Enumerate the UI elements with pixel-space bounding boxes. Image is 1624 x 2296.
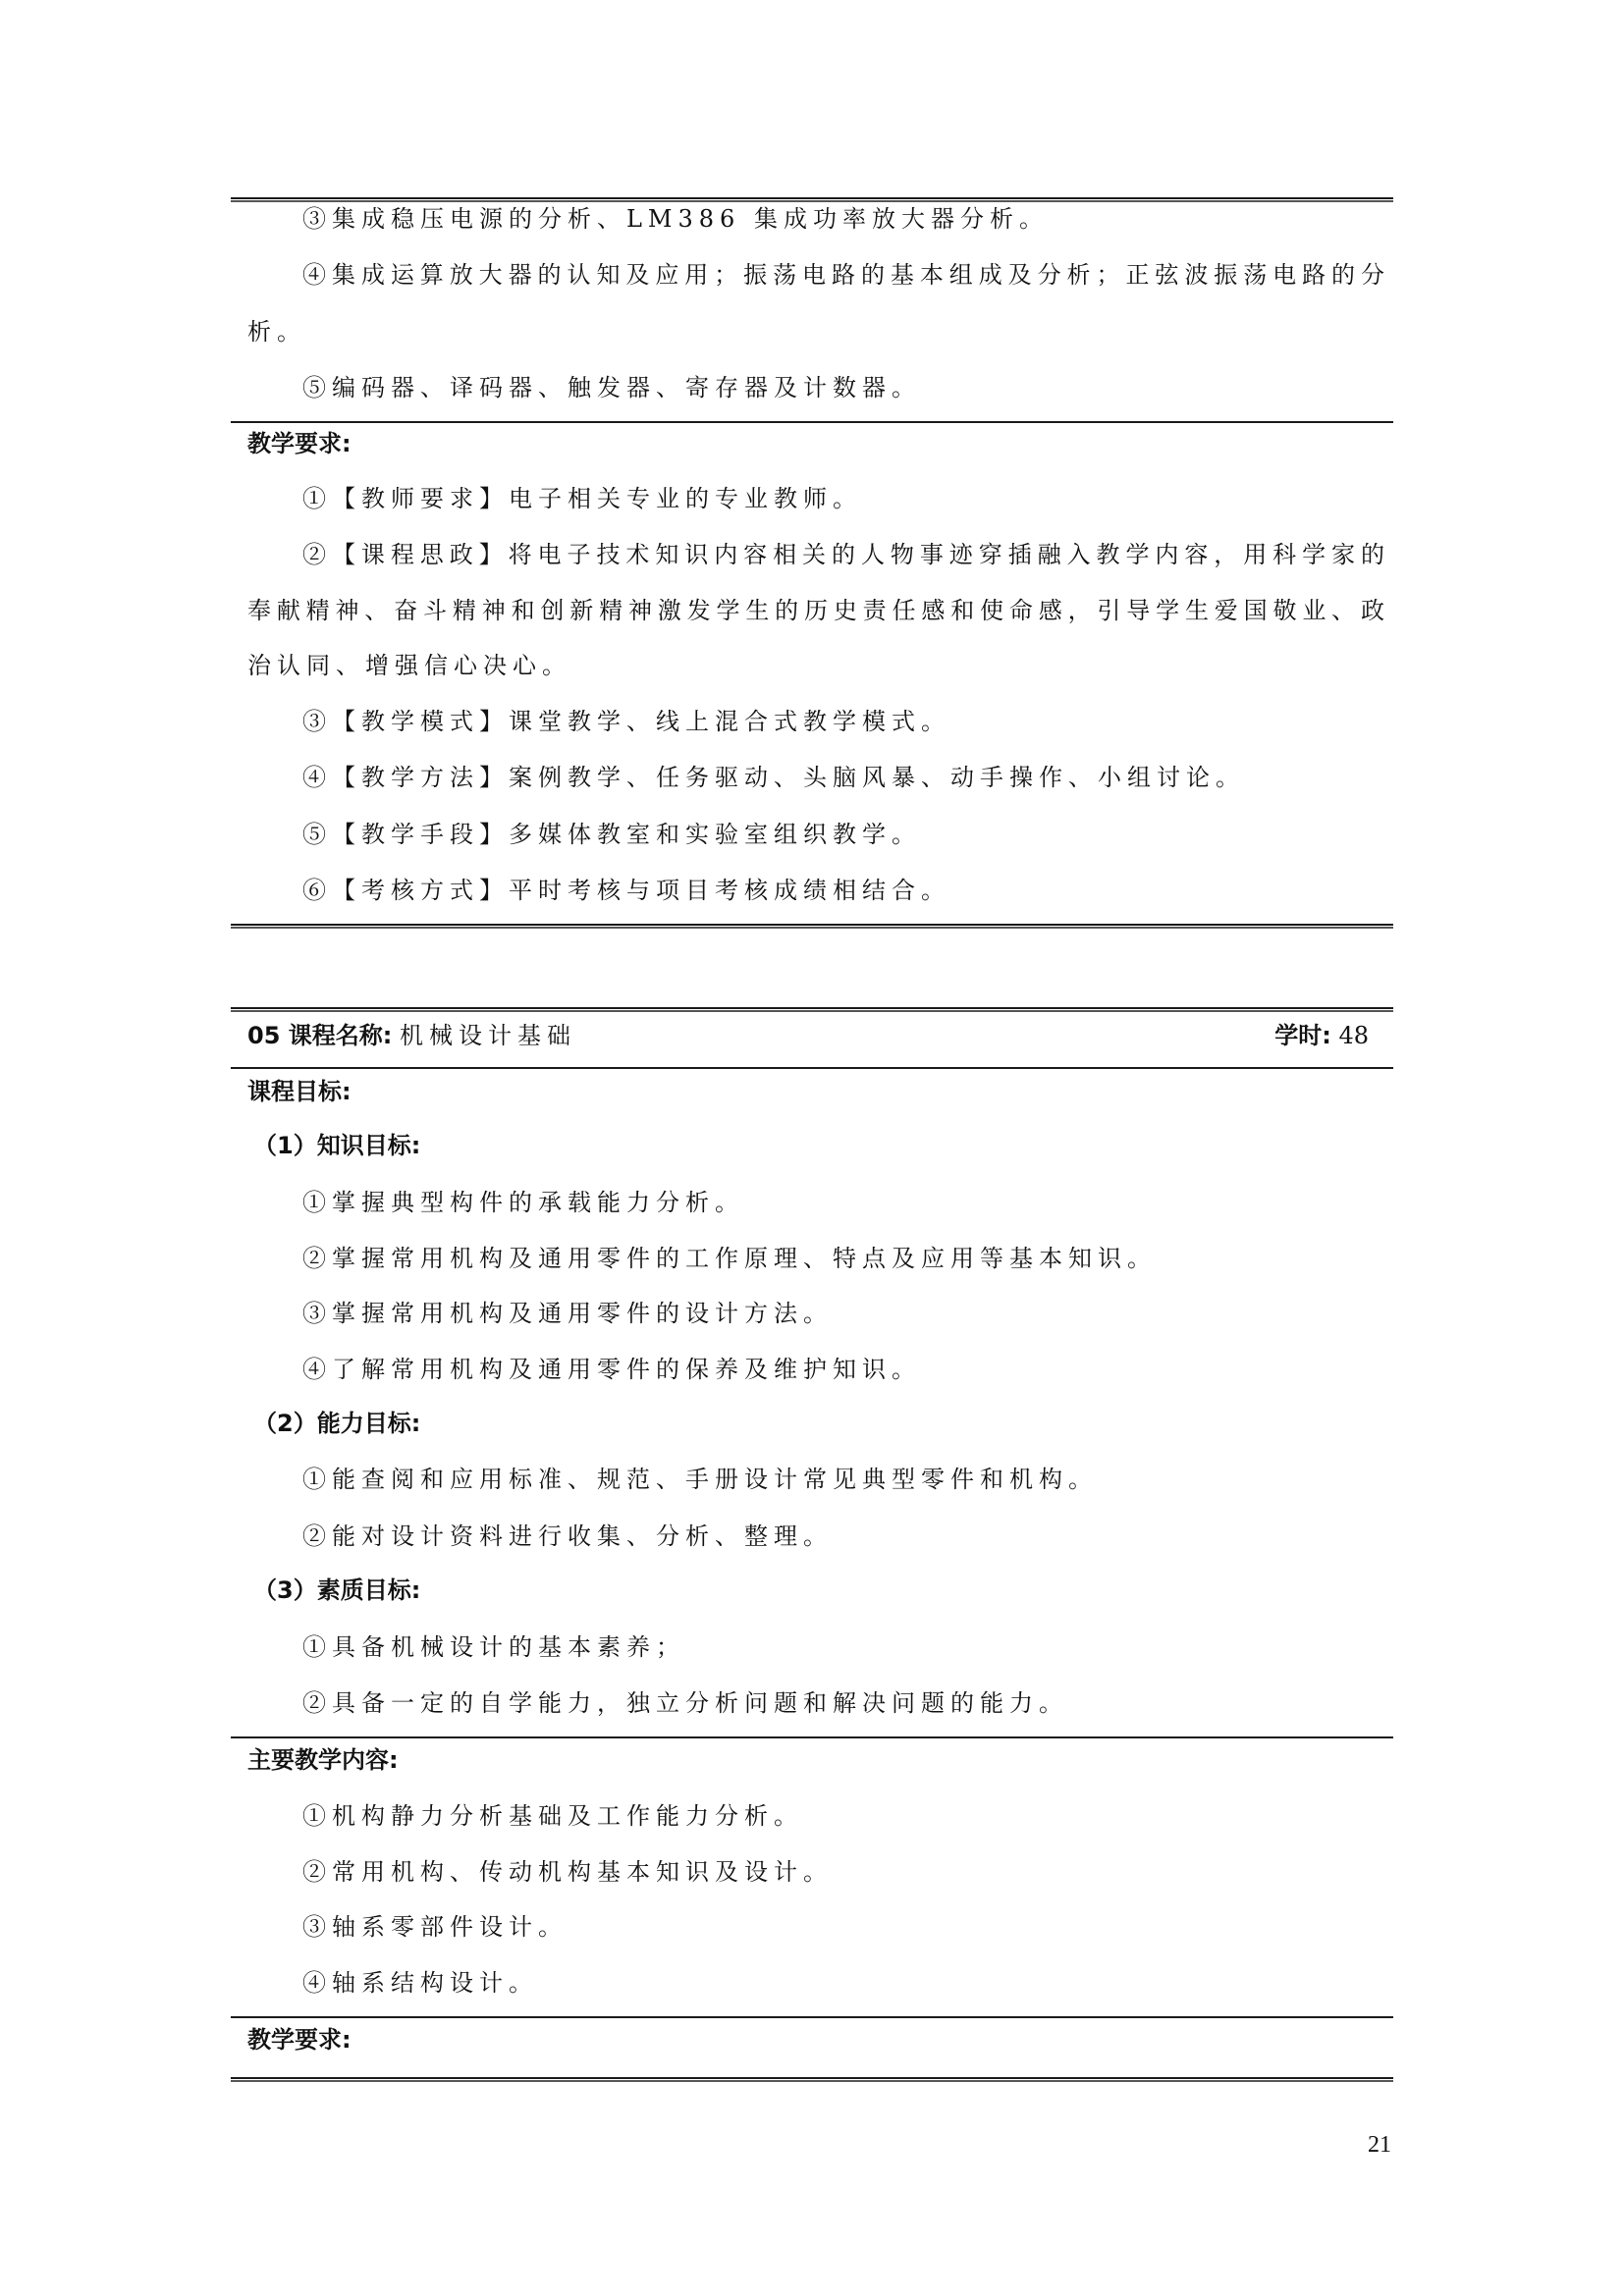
knowledge-objectives-title: （1）知识目标:	[253, 1126, 420, 1165]
content-item: ②常用机构、传动机构基本知识及设计。	[302, 1852, 833, 1892]
requirement-assessment: ⑥【考核方式】平时考核与项目考核成绩相结合。	[302, 871, 950, 910]
knowledge-item: ③掌握常用机构及通用零件的设计方法。	[302, 1294, 833, 1333]
knowledge-item: ②掌握常用机构及通用零件的工作原理、特点及应用等基本知识。	[302, 1239, 1157, 1278]
table-bottom-double-rule	[231, 2077, 1393, 2082]
content-item-5: ⑤编码器、译码器、触发器、寄存器及计数器。	[302, 368, 921, 407]
section-rule	[231, 421, 1393, 423]
quality-item: ①具备机械设计的基本素养；	[302, 1628, 685, 1667]
requirement-method: ④【教学方法】案例教学、任务驱动、头脑风暴、动手操作、小组讨论。	[302, 758, 1245, 797]
course-number-label: 05 课程名称:	[247, 1022, 392, 1049]
ability-objectives-title: （2）能力目标:	[253, 1404, 420, 1443]
course-hours-value: 48	[1338, 1022, 1369, 1049]
content-item: ④轴系结构设计。	[302, 1963, 538, 2002]
requirement-ideology: ②【课程思政】将电子技术知识内容相关的人物事迹穿插融入教学内容，用科学家的	[302, 535, 1384, 574]
knowledge-item: ④了解常用机构及通用零件的保养及维护知识。	[302, 1350, 921, 1389]
section-rule	[231, 1067, 1393, 1069]
course-name: 机械设计基础	[400, 1022, 576, 1049]
content-title: 主要教学内容:	[247, 1740, 399, 1780]
section-rule	[231, 2016, 1393, 2018]
ability-item: ①能查阅和应用标准、规范、手册设计常见典型零件和机构。	[302, 1460, 1098, 1499]
objectives-title: 课程目标:	[247, 1072, 352, 1111]
knowledge-item: ①掌握典型构件的承载能力分析。	[302, 1183, 744, 1222]
document-page: ③集成稳压电源的分析、LM386 集成功率放大器分析。 ④集成运算放大器的认知及…	[0, 0, 1624, 2296]
requirement-means: ⑤【教学手段】多媒体教室和实验室组织教学。	[302, 815, 921, 854]
content-item: ①机构静力分析基础及工作能力分析。	[302, 1796, 803, 1836]
requirement-mode: ③【教学模式】课堂教学、线上混合式教学模式。	[302, 702, 950, 741]
requirements-title: 教学要求:	[247, 424, 352, 463]
section-rule	[231, 1736, 1393, 1738]
requirement-ideology-cont1: 奉献精神、奋斗精神和创新精神激发学生的历史责任感和使命感，引导学生爱国敬业、政	[247, 591, 1384, 630]
content-item-4-cont: 析。	[247, 312, 306, 351]
content-item-4: ④集成运算放大器的认知及应用；振荡电路的基本组成及分析；正弦波振荡电路的分	[302, 255, 1384, 294]
requirement-teacher: ①【教师要求】电子相关专业的专业教师。	[302, 479, 862, 518]
requirement-ideology-cont2: 治认同、增强信心决心。	[247, 646, 571, 685]
content-item: ③轴系零部件设计。	[302, 1907, 568, 1947]
requirements-title: 教学要求:	[247, 2020, 352, 2059]
course-table-top-rule	[231, 1007, 1393, 1012]
course-title: 05 课程名称: 机械设计基础	[247, 1016, 576, 1055]
course-hours: 学时: 48	[1274, 1016, 1369, 1055]
table-bottom-double-rule	[231, 924, 1393, 929]
ability-item: ②能对设计资料进行收集、分析、整理。	[302, 1517, 833, 1556]
course-hours-label: 学时:	[1274, 1022, 1331, 1049]
course-header: 05 课程名称: 机械设计基础 学时: 48	[247, 1016, 1369, 1055]
quality-objectives-title: （3）素质目标:	[253, 1571, 420, 1610]
page-number: 21	[1368, 2132, 1391, 2159]
content-item-3: ③集成稳压电源的分析、LM386 集成功率放大器分析。	[302, 199, 1049, 239]
quality-item: ②具备一定的自学能力，独立分析问题和解决问题的能力。	[302, 1683, 1068, 1723]
